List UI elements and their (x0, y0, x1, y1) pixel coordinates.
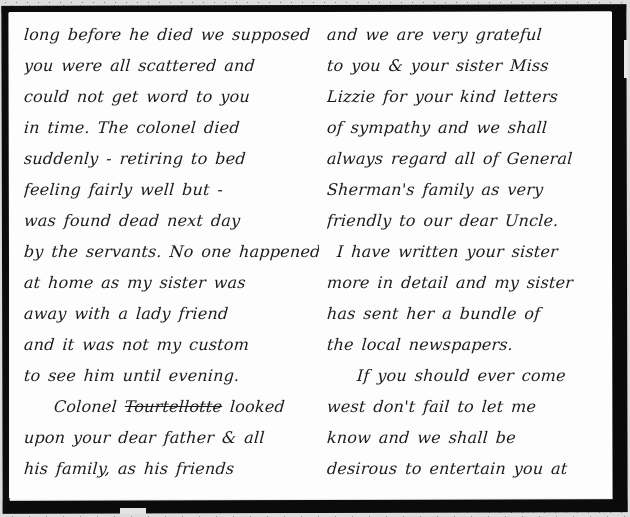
letter-line: by the servants. No one happened (24, 236, 319, 267)
scan-border-gap (120, 508, 146, 514)
letter-line: to see him until evening. (24, 360, 319, 391)
letter-line: desirous to entertain you at (327, 453, 612, 484)
letter-line: west don't fail to let me (327, 391, 612, 422)
letter-line: If you should ever come (327, 360, 612, 391)
left-page-column: long before he died we supposed you were… (24, 19, 319, 491)
letter-line: upon your dear father & all (24, 422, 319, 453)
letter-scan: long before he died we supposed you were… (0, 0, 630, 517)
letter-line: more in detail and my sister (327, 267, 612, 298)
struck-text: Tourtellotte (124, 397, 223, 416)
letter-line: I have written your sister (327, 236, 612, 267)
letter-line: long before he died we supposed (24, 19, 319, 50)
letter-line: was found dead next day (24, 205, 319, 236)
letter-line: Sherman's family as very (327, 174, 612, 205)
letter-line: and it was not my custom (24, 329, 319, 360)
letter-line: suddenly - retiring to bed (24, 143, 319, 174)
letter-line: of sympathy and we shall (327, 112, 612, 143)
letter-line: friendly to our dear Uncle. (327, 205, 612, 236)
letter-line: and we are very grateful (327, 19, 612, 50)
letter-paper: long before he died we supposed you were… (9, 12, 612, 498)
letter-line: know and we shall be (327, 422, 612, 453)
letter-line: the local newspapers. (327, 329, 612, 360)
line-text: Colonel (53, 397, 125, 416)
letter-line: in time. The colonel died (24, 112, 319, 143)
letter-line: always regard all of General (327, 143, 612, 174)
letter-line: at home as my sister was (24, 267, 319, 298)
letter-line: has sent her a bundle of (327, 298, 612, 329)
right-page-column: and we are very grateful to you & your s… (327, 19, 612, 491)
letter-line: feeling fairly well but - (24, 174, 319, 205)
letter-line: his family, as his friends (24, 453, 319, 484)
letter-line: could not get word to you (24, 81, 319, 112)
letter-line: away with a lady friend (24, 298, 319, 329)
line-text: looked (222, 397, 286, 416)
letter-line: you were all scattered and (24, 50, 319, 81)
letter-line: to you & your sister Miss (327, 50, 612, 81)
scan-border-gap (624, 40, 628, 78)
letter-line: Lizzie for your kind letters (327, 81, 612, 112)
letter-line: Colonel Tourtellotte looked (24, 391, 319, 422)
